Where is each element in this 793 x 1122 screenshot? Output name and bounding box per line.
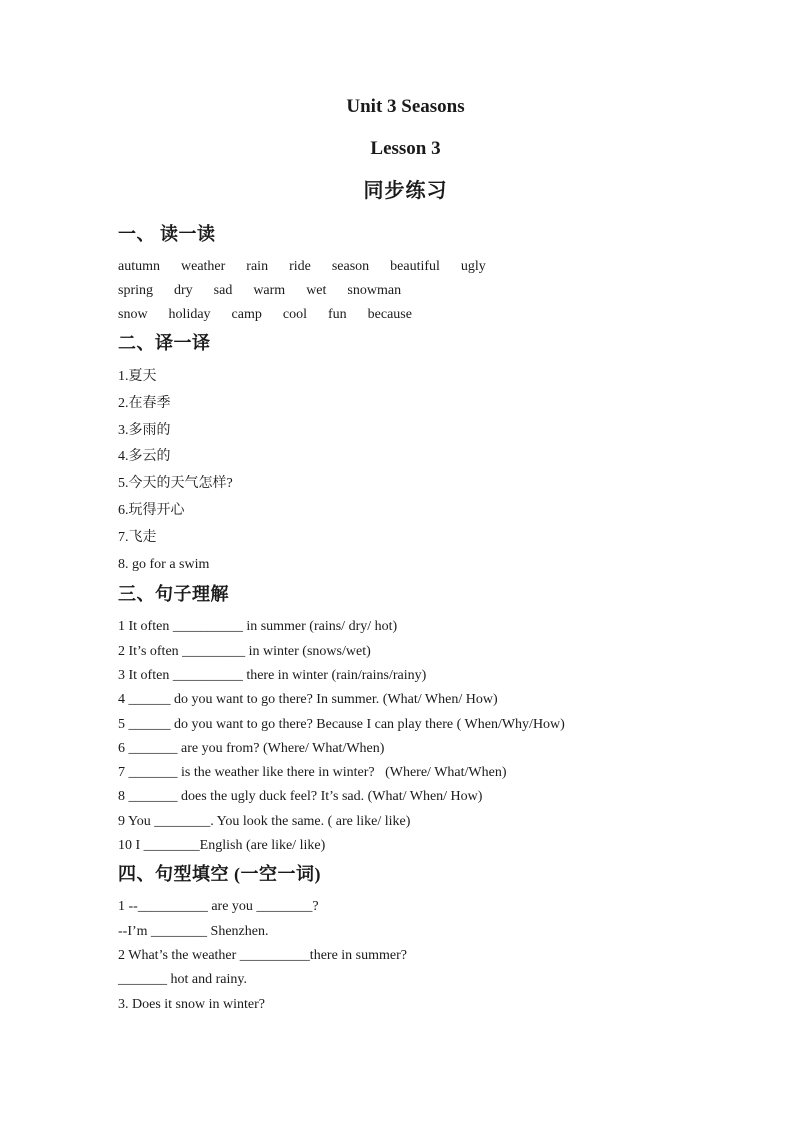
section-translate-heading: 二、译一译: [118, 331, 693, 355]
translate-item: 5.今天的天气怎样?: [118, 471, 693, 498]
section-fill-heading: 四、句型填空 (一空一词): [118, 862, 693, 886]
word-row: snow holiday camp cool fun because: [118, 303, 693, 327]
exercise-line: --I’m ________ Shenzhen.: [118, 920, 693, 944]
worksheet-page: Unit 3 Seasons Lesson 3 同步练习 一、 读一读 autu…: [0, 0, 793, 1122]
exercise-line: 9 You ________. You look the same. ( are…: [118, 810, 693, 834]
doc-title-lesson: Lesson 3: [118, 138, 693, 160]
exercise-line: 1 It often __________ in summer (rains/ …: [118, 615, 693, 639]
translate-item: 4.多云的: [118, 444, 693, 471]
exercise-line: 4 ______ do you want to go there? In sum…: [118, 688, 693, 712]
exercise-line: 3. Does it snow in winter?: [118, 993, 693, 1017]
section-read-heading: 一、 读一读: [118, 222, 693, 246]
section-translate-body: 1.夏天 2.在春季 3.多雨的 4.多云的 5.今天的天气怎样? 6.玩得开心…: [118, 364, 693, 578]
exercise-line: 6 _______ are you from? (Where/ What/Whe…: [118, 737, 693, 761]
exercise-line: _______ hot and rainy.: [118, 968, 693, 992]
word-row: autumn weather rain ride season beautifu…: [118, 255, 693, 279]
section-comprehension-heading: 三、句子理解: [118, 582, 693, 606]
doc-title-subtitle: 同步练习: [118, 180, 693, 202]
section-fill: 四、句型填空 (一空一词) 1 --__________ are you ___…: [118, 862, 693, 1016]
exercise-line: 2 What’s the weather __________there in …: [118, 944, 693, 968]
exercise-line: 1 --__________ are you ________?: [118, 895, 693, 919]
doc-title-unit: Unit 3 Seasons: [118, 96, 693, 118]
section-read-body: autumn weather rain ride season beautifu…: [118, 255, 693, 327]
translate-item: 7.飞走: [118, 525, 693, 552]
translate-item: 3.多雨的: [118, 418, 693, 445]
section-translate: 二、译一译 1.夏天 2.在春季 3.多雨的 4.多云的 5.今天的天气怎样? …: [118, 331, 693, 578]
translate-item: 2.在春季: [118, 391, 693, 418]
translate-item: 6.玩得开心: [118, 498, 693, 525]
exercise-line: 8 _______ does the ugly duck feel? It’s …: [118, 785, 693, 809]
translate-item: 8. go for a swim: [118, 552, 693, 579]
section-comprehension-body: 1 It often __________ in summer (rains/ …: [118, 615, 693, 858]
translate-item: 1.夏天: [118, 364, 693, 391]
section-read: 一、 读一读 autumn weather rain ride season b…: [118, 222, 693, 327]
exercise-line: 10 I ________English (are like/ like): [118, 834, 693, 858]
section-comprehension: 三、句子理解 1 It often __________ in summer (…: [118, 582, 693, 858]
exercise-line: 5 ______ do you want to go there? Becaus…: [118, 713, 693, 737]
exercise-line: 2 It’s often _________ in winter (snows/…: [118, 640, 693, 664]
exercise-line: 3 It often __________ there in winter (r…: [118, 664, 693, 688]
word-row: spring dry sad warm wet snowman: [118, 279, 693, 303]
exercise-line: 7 _______ is the weather like there in w…: [118, 761, 693, 785]
section-fill-body: 1 --__________ are you ________? --I’m _…: [118, 895, 693, 1016]
